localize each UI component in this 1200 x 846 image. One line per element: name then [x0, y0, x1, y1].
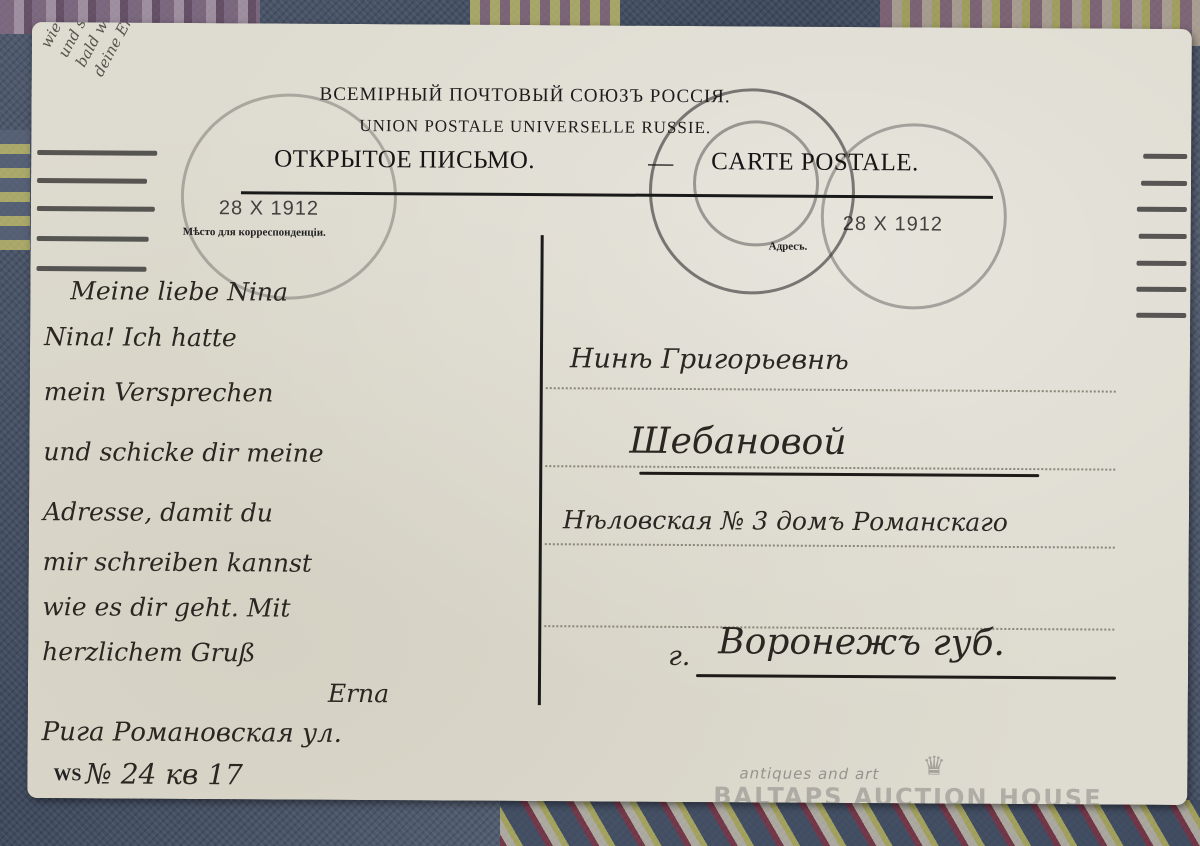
cancellation-bar [37, 206, 155, 212]
recipient-city-prefix: г. [668, 641, 690, 672]
message-line: mein Versprechen [44, 377, 274, 407]
label-correspondence: Мѣсто для корреспонденціи. [183, 226, 326, 239]
postcard: wie es dir gehtund schreibe mirbald wied… [27, 22, 1192, 805]
cancellation-bar [1139, 234, 1187, 239]
cancellation-bar [37, 236, 149, 242]
publisher-monogram: WS [53, 764, 81, 785]
address-dotted-line [545, 543, 1115, 548]
postmark-date-left: 28 X 1912 [219, 197, 319, 221]
postmark-center-inner [693, 120, 820, 247]
recipient-city: Воронежъ губ. [718, 621, 1005, 664]
header-fr: UNION POSTALE UNIVERSELLE RUSSIE. [359, 116, 711, 138]
correspondence-divider [538, 235, 544, 705]
message-line: und schicke dir meine [43, 437, 323, 468]
recipient-name: Нинѣ Григорьевнѣ [570, 343, 849, 376]
cancellation-bar [1136, 313, 1186, 318]
textile-background-pattern [500, 800, 1200, 846]
title-dash: — [648, 150, 673, 178]
cancellation-bar [37, 150, 157, 156]
recipient-surname: Шебановой [629, 421, 846, 463]
textile-background-pattern [0, 130, 30, 250]
cancellation-bar [1141, 181, 1187, 186]
surname-underline [639, 472, 1039, 477]
cancellation-bar [1143, 154, 1187, 159]
cancellation-bar [37, 178, 147, 184]
cancellation-bar [1137, 207, 1187, 212]
title-fr: CARTE POSTALE. [711, 148, 919, 177]
crown-icon: ♛ [922, 751, 945, 781]
label-address: Адресъ. [769, 241, 808, 253]
watermark-brand: BALTAPS AUCTION HOUSE [713, 782, 1102, 805]
message-line: wie es dir geht. Mit [42, 592, 290, 623]
watermark-tagline: antiques and art [739, 764, 879, 783]
message-line: Meine liebe Nina [70, 276, 288, 306]
address-dotted-line [546, 387, 1116, 392]
cancellation-bar [36, 266, 146, 272]
header-ru: ВСЕМІРНЫЙ ПОЧТОВЫЙ СОЮЗЪ РОССІЯ. [319, 84, 730, 109]
message-line: Adresse, damit du [43, 497, 273, 527]
city-underline [696, 674, 1116, 680]
margin-note: wie es dir gehtund schreibe mirbald wied… [36, 22, 168, 80]
message-line: mir schreiben kannst [43, 547, 312, 578]
message-line: Nina! Ich hatte [44, 322, 237, 352]
message-signature: Erna [328, 679, 389, 708]
address-dotted-line [545, 465, 1115, 470]
sender-address-street: Рига Романовская ул. [42, 717, 342, 749]
cancellation-bar [1136, 287, 1186, 292]
recipient-street: Нѣловская № 3 домъ Романскаго [563, 505, 1008, 537]
cancellation-bar [1137, 261, 1187, 266]
message-line: herzlichem Gruß [42, 637, 255, 667]
postmark-date-right: 28 X 1912 [843, 213, 943, 237]
title-ru: ОТКРЫТОЕ ПИСЬМО. [274, 145, 535, 175]
sender-address-number: № 24 кв 17 [85, 757, 243, 791]
